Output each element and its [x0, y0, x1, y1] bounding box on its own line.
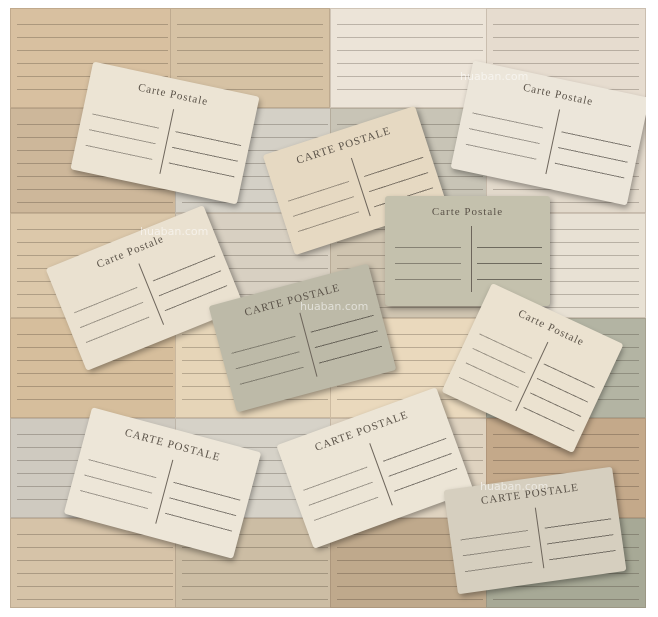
message-handwriting: [299, 456, 380, 526]
watermark-text: huaban.com: [140, 225, 208, 238]
message-handwriting: [459, 519, 533, 573]
address-handwriting: [166, 120, 243, 189]
message-handwriting: [84, 103, 161, 166]
address-handwriting: [552, 121, 633, 191]
message-handwriting: [464, 102, 545, 166]
address-handwriting: [162, 471, 243, 543]
address-handwriting: [543, 507, 616, 567]
watermark-text: huaban.com: [460, 70, 528, 83]
message-handwriting: [395, 236, 461, 286]
vintage-postcard: Carte Postale: [385, 196, 550, 306]
postcard-title: Carte Postale: [385, 206, 550, 218]
address-handwriting: [477, 236, 542, 292]
message-handwriting: [79, 448, 160, 514]
handwriting-lines: [337, 15, 483, 101]
postcard-divider: [471, 226, 472, 292]
watermark-text: huaban.com: [300, 300, 368, 313]
message-handwriting: [285, 170, 360, 233]
message-handwriting: [70, 277, 152, 349]
address-handwriting: [308, 304, 385, 375]
watermark-text: huaban.com: [480, 480, 548, 493]
message-handwriting: [229, 325, 306, 390]
